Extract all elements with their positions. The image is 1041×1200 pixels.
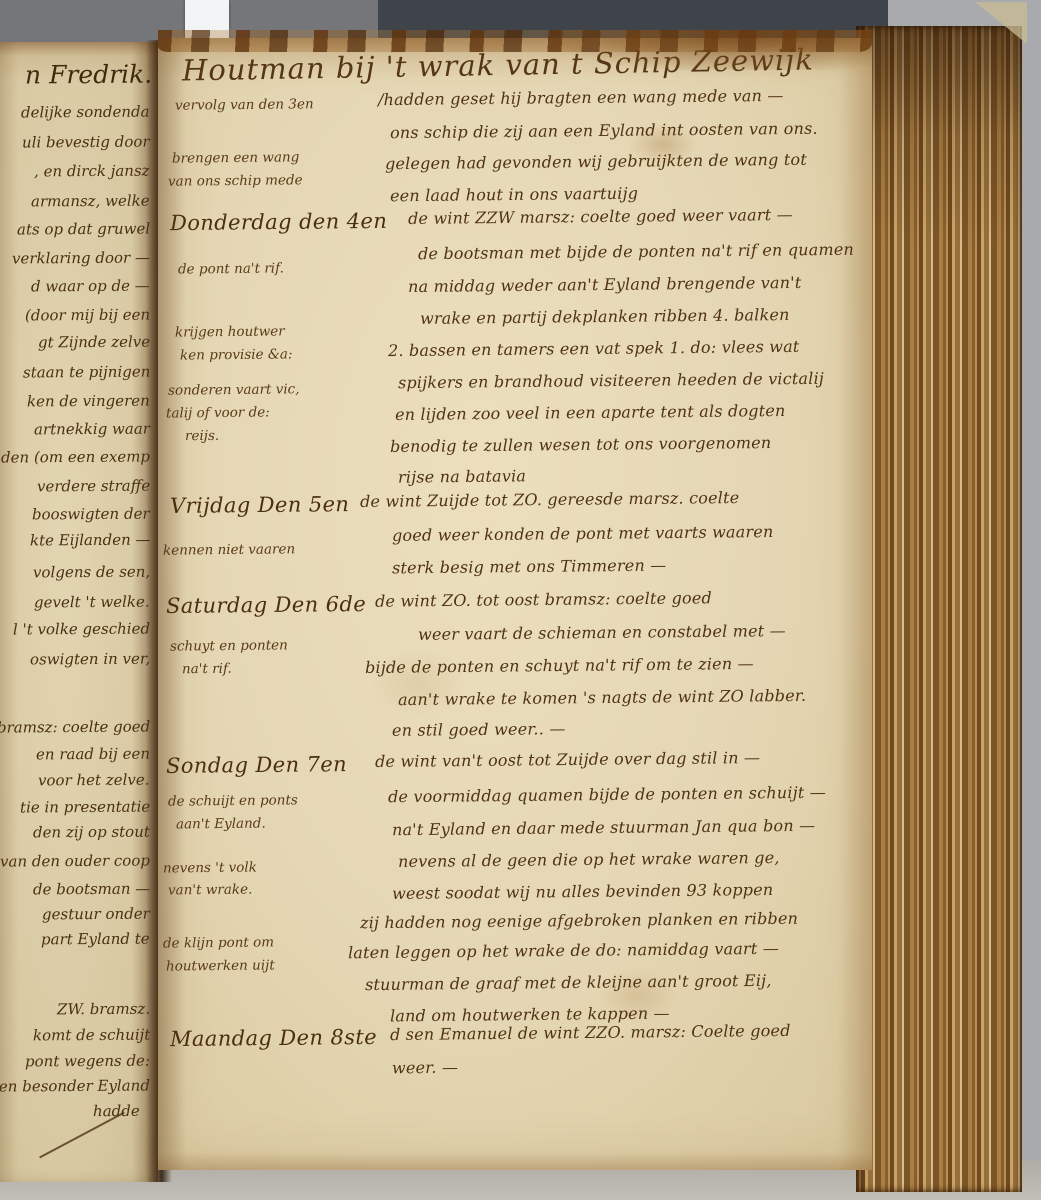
left-page-line: van den ouder coop	[0, 851, 150, 870]
left-page-line: komt de schuijt	[33, 1026, 150, 1045]
left-page-line: uli bevestig door	[22, 133, 150, 152]
left-page-line: staan te pijnigen	[23, 363, 150, 382]
journal-line: stuurman de graaf met de kleijne aan't g…	[365, 971, 772, 994]
left-page-line: d waar op de —	[31, 277, 150, 296]
entry-day-label: Donderdag den 4en	[170, 209, 387, 235]
journal-line: een laad hout in ons vaartuijg	[390, 184, 638, 206]
journal-line: benodig te zullen wesen tot ons voorgeno…	[390, 433, 772, 456]
margin-note: brengen een wang	[172, 149, 299, 166]
left-page-line: bramsz: coelte goed	[0, 717, 150, 736]
photograph-of-journal: { "photo": { "colors": { "backdrop_gray"…	[0, 0, 1041, 1200]
journal-line: laten leggen op het wrake de do: namidda…	[348, 939, 779, 963]
left-page-line: part Eyland te	[41, 930, 150, 949]
left-page-line: een besonder Eyland	[0, 1076, 150, 1095]
journal-line: weer vaart de schieman en constabel met …	[418, 621, 786, 644]
left-page-line: volgens de sen,	[33, 563, 150, 582]
margin-note: krijgen houtwer	[175, 323, 285, 340]
left-page-line: gevelt 't welke.	[34, 593, 150, 612]
margin-note: de pont na't rif.	[178, 260, 284, 277]
margin-note: van't wrake.	[168, 882, 252, 899]
left-page-line: verdere straffe	[37, 477, 150, 496]
journal-line: zij hadden nog eenige afgebroken planken…	[360, 909, 798, 933]
journal-line: wrake en partij dekplanken ribben 4. bal…	[420, 305, 790, 328]
signature-flourish	[39, 1112, 125, 1159]
left-page-line: artnekkig waar	[34, 420, 150, 439]
journal-line: de wint Zuijde tot ZO. gereesde marsz. c…	[360, 488, 740, 511]
journal-line: d sen Emanuel de wint ZZO. marsz: Coelte…	[390, 1021, 791, 1044]
journal-line: de wint ZO. tot oost bramsz: coelte goed	[375, 588, 712, 611]
margin-note: talij of voor de:	[166, 404, 270, 421]
journal-line: en lijden zoo veel in een aparte tent al…	[395, 401, 786, 424]
left-page-line: pont wegens de:	[25, 1052, 150, 1071]
left-page-line: l 't volke geschied	[13, 620, 150, 639]
journal-line: /hadden geset hij bragten een wang mede …	[378, 86, 784, 109]
book-fore-edge	[856, 26, 1022, 1192]
left-page-line: ats op dat gruwel	[17, 220, 150, 239]
margin-note: schuyt en ponten	[170, 637, 288, 654]
entry-day-label: Sondag Den 7en	[166, 752, 347, 778]
left-page-line: gestuur onder	[42, 905, 150, 924]
journal-line: bijde de ponten en schuyt na't rif om te…	[365, 654, 754, 677]
journal-line: de bootsman met bijde de ponten na't rif…	[418, 240, 854, 264]
journal-line: weer. —	[392, 1058, 458, 1078]
margin-note: houtwerken uijt	[166, 957, 275, 974]
left-page: n Fredrik. delijke sondenda uli bevestig…	[0, 42, 158, 1182]
left-page-line: gt Zijnde zelve	[38, 333, 150, 352]
left-page-line: armansz, welke	[31, 192, 150, 211]
journal-line: goed weer konden de pont met vaarts waar…	[392, 522, 774, 545]
journal-line: en stil goed weer.. —	[392, 719, 566, 740]
left-page-line: kte Eijlanden —	[29, 531, 150, 550]
journal-line: de wint ZZW marsz: coelte goed weer vaar…	[408, 205, 793, 228]
journal-line: nevens al de geen die op het wrake waren…	[398, 848, 780, 871]
journal-line: spijkers en brandhoud visiteeren heeden …	[398, 369, 824, 392]
left-page-line: booswigten der	[32, 505, 150, 524]
left-page-line: den zij op stout	[33, 823, 150, 842]
margin-note: nevens 't volk	[163, 860, 257, 877]
left-page-line: (door mij bij een	[25, 306, 150, 325]
journal-page: Houtman bij 't wrak van t Schip Zeewijk …	[158, 38, 872, 1170]
left-page-line: en raad bij een	[36, 745, 150, 764]
journal-line: aan't wrake te komen 's nagts de wint ZO…	[398, 686, 806, 709]
margin-note: vervolg van den 3en	[175, 96, 314, 113]
journal-line: 2. bassen en tamers een vat spek 1. do: …	[388, 337, 800, 360]
journal-line: na middag weder aan't Eyland brengende v…	[408, 273, 802, 296]
journal-line: gelegen had gevonden wij gebruijkten de …	[385, 150, 807, 173]
margin-note: reijs.	[185, 428, 219, 444]
left-page-line: de bootsman —	[33, 880, 150, 899]
burnt-page-edge	[560, 30, 872, 70]
journal-line: de voormiddag quamen bijde de ponten en …	[388, 783, 826, 807]
entry-day-label: Vrijdag Den 5en	[170, 492, 350, 518]
left-page-header: n Fredrik.	[25, 60, 152, 90]
entry-day-label: Saturdag Den 6de	[166, 592, 366, 618]
journal-line: rijse na batavia	[398, 466, 526, 486]
margin-note: de klijn pont om	[163, 934, 274, 951]
journal-line: sterk besig met ons Timmeren —	[392, 556, 667, 578]
margin-note: kennen niet vaaren	[163, 541, 295, 558]
margin-note: aan't Eyland.	[176, 816, 266, 833]
margin-note: ken provisie &a:	[180, 346, 293, 363]
margin-note: van ons schip mede	[168, 172, 303, 189]
margin-note: sonderen vaart vic,	[168, 381, 300, 398]
left-page-line: den (om een exemp	[1, 447, 150, 466]
journal-line: na't Eyland en daar mede stuurman Jan qu…	[392, 816, 815, 839]
margin-note: de schuijt en ponts	[168, 792, 298, 809]
left-page-line: ZW. bramsz.	[57, 1000, 150, 1019]
left-page-line: delijke sondenda	[21, 103, 150, 122]
left-page-line: voor het zelve.	[38, 771, 150, 790]
journal-line: weest soodat wij nu alles bevinden 93 ko…	[392, 880, 774, 903]
journal-line: ons schip die zij aan een Eyland int oos…	[390, 119, 818, 142]
left-page-line: ken de vingeren	[27, 392, 150, 411]
margin-note: na't rif.	[182, 661, 232, 678]
left-page-line: tie in presentatie	[20, 798, 150, 817]
left-page-line: oswigten in ver,	[30, 650, 150, 669]
left-page-line: , en dirck jansz	[34, 162, 150, 181]
left-page-line: verklaring door —	[12, 249, 150, 268]
journal-line: de wint van't oost tot Zuijde over dag s…	[375, 748, 760, 771]
entry-day-label: Maandag Den 8ste	[170, 1025, 377, 1051]
